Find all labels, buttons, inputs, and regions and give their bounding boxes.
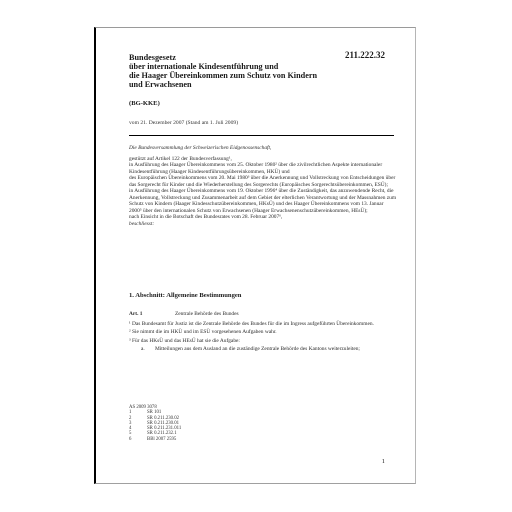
- law-abbreviation: (BG-KKE): [129, 100, 160, 107]
- article-paragraph: ³ Für das HKsÜ und das HEsÜ hat sie die …: [129, 338, 397, 345]
- title-line: Bundesgesetz: [129, 53, 369, 62]
- article-header: Art. 1 Zentrale Behörde des Bundes: [129, 311, 397, 318]
- footnote: 6BBl 2007 2595: [129, 437, 181, 442]
- article: Art. 1 Zentrale Behörde des Bundes ¹ Das…: [129, 311, 397, 353]
- law-title: Bundesgesetz über internationale Kindese…: [129, 53, 369, 89]
- date-line: vom 21. Dezember 2007 (Stand am 1. Juli …: [129, 120, 238, 126]
- article-paragraph: ² Sie nimmt die im HKÜ und im ESÜ vorges…: [129, 329, 397, 336]
- preamble-paragraph: in Ausführung des Haager Übereinkommens …: [129, 162, 397, 175]
- section-heading: 1. Abschnitt: Allgemeine Bestimmungen: [129, 292, 241, 299]
- preamble-paragraph: in Ausführung des Haager Übereinkommens …: [129, 188, 397, 214]
- preamble: Die Bundesversammlung der Schweizerische…: [129, 145, 397, 228]
- footnote-number: 6: [129, 437, 147, 442]
- title-line: die Haager Übereinkommen zum Schutz von …: [129, 71, 369, 80]
- article-number: Art. 1: [129, 311, 175, 318]
- article-list-item: a. Mitteilungen aus dem Ausland an die z…: [129, 346, 397, 353]
- page-number: 1: [382, 458, 385, 465]
- article-title: Zentrale Behörde des Bundes: [175, 311, 239, 318]
- title-line: über internationale Kindesentführung und: [129, 62, 369, 71]
- divider-rule: [129, 135, 394, 136]
- preamble-paragraph: des Europäischen Übereinkommens vom 20. …: [129, 175, 397, 188]
- footnote-text: BBl 2007 2595: [147, 437, 176, 442]
- title-line: und Erwachsenen: [129, 80, 369, 89]
- list-item-text: Mitteilungen aus dem Ausland an die zust…: [155, 346, 397, 353]
- preamble-decision: beschliesst:: [129, 221, 397, 228]
- list-item-label: a.: [141, 346, 155, 353]
- article-paragraph: ¹ Das Bundesamt für Justiz ist die Zentr…: [129, 321, 397, 328]
- document-page: 211.222.32 Bundesgesetz über internation…: [94, 27, 416, 484]
- footnotes: AS 2009 3078 1SR 101 2SR 0.211.230.02 3S…: [129, 405, 181, 442]
